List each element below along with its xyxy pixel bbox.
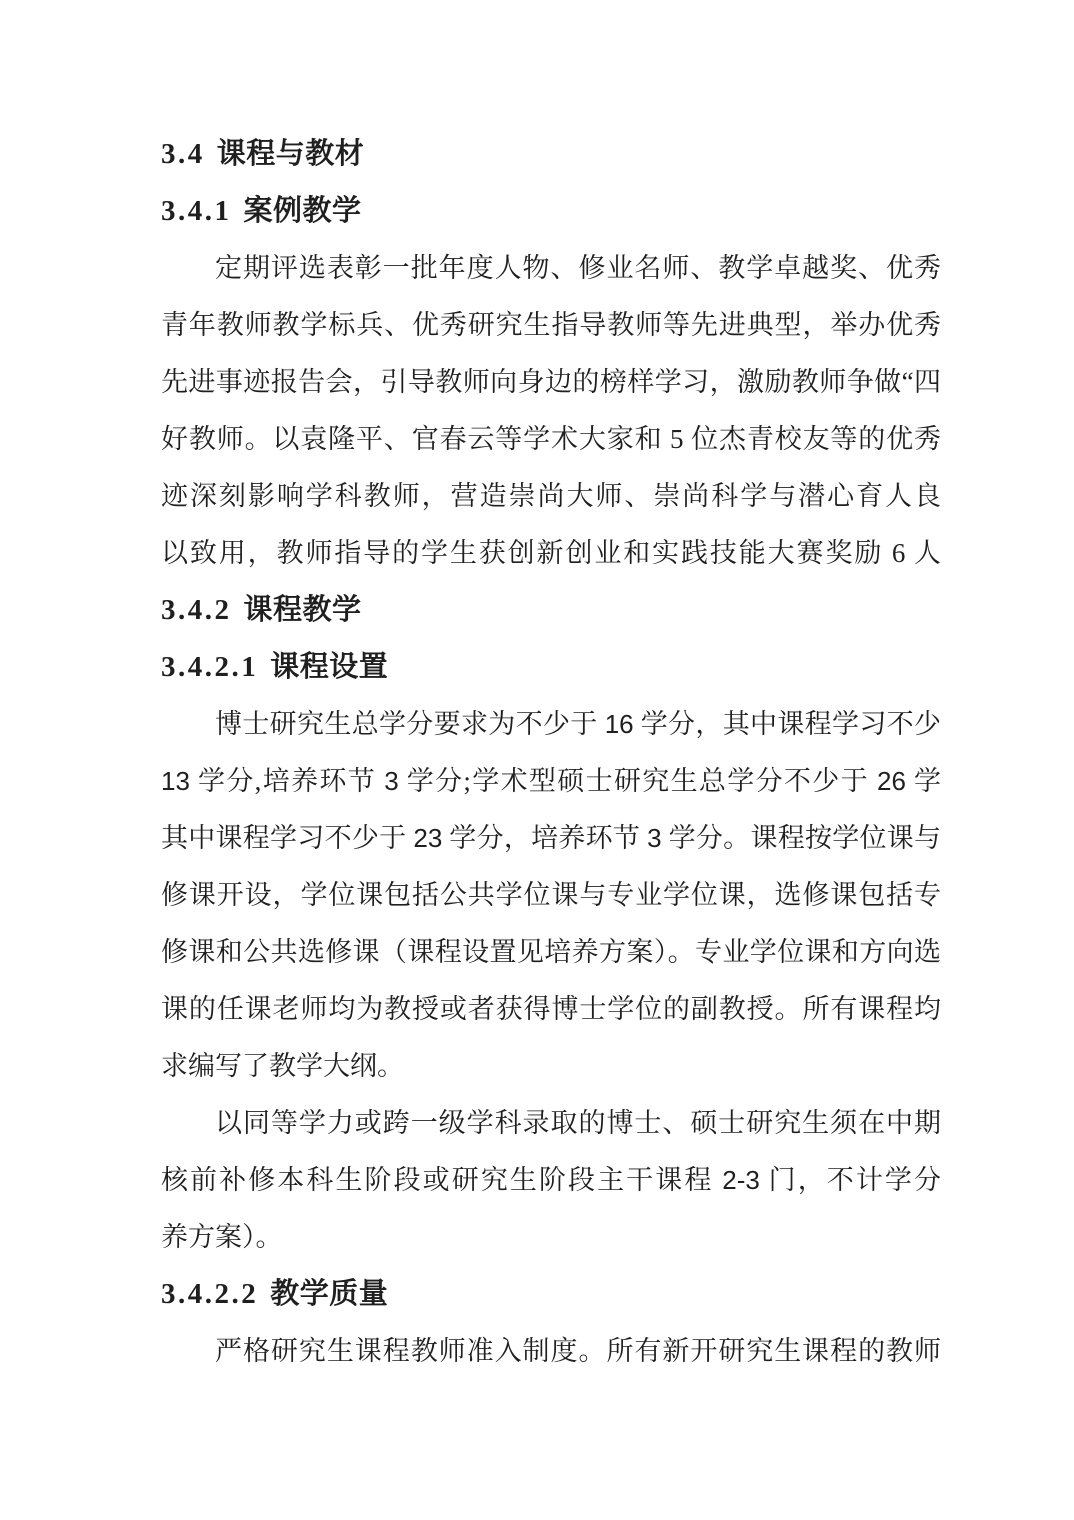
p1-line-2: 青年教师教学标兵、优秀研究生指导教师等先进典型，举办优秀教师: [161, 297, 941, 354]
credit-count: 16: [605, 709, 634, 739]
p1-line-4: 好教师。以袁隆平、官春云等学术大家和 5 位杰青校友等的优秀事: [161, 411, 941, 468]
heading-title: 教学质量: [270, 1278, 388, 1310]
heading-number: 3.4.1: [161, 195, 232, 227]
credit-count: 23: [413, 823, 442, 853]
heading-3-4-2-1: 3.4.2.1课程设置: [161, 639, 941, 696]
heading-title: 课程与教材: [217, 138, 365, 170]
text-run: 养方案）。: [161, 1222, 283, 1252]
p3-line-2: 核前补修本科生阶段或研究生阶段主干课程 2-3 门，不计学分（见培: [161, 1152, 941, 1209]
text-run: 核前补修本科生阶段或研究生阶段主干课程: [161, 1165, 722, 1195]
heading-3-4-2-2: 3.4.2.2教学质量: [161, 1266, 941, 1323]
p2-line-7: 求编写了教学大纲。: [161, 1038, 941, 1095]
text-run: 博士研究生总学分要求为不少于: [215, 709, 605, 739]
text-run: 好教师。以袁隆平、官春云等学术大家和 5 位杰青校友等的优秀事: [161, 424, 941, 468]
credit-count: 13: [161, 766, 190, 796]
p2-line-6: 课的任课老师均为教授或者获得博士学位的副教授。所有课程均按要: [161, 981, 941, 1038]
text-run: 修课和公共选修课（课程设置见培养方案）。专业学位课和方向选修: [161, 937, 941, 981]
p2-line-3: 其中课程学习不少于 23 学分，培养环节 3 学分。课程按学位课与选: [161, 810, 941, 867]
text-run: 迹深刻影响学科教师，营造崇尚大师、崇尚科学与潜心育人良风。学: [161, 481, 941, 525]
text-run: 定期评选表彰一批年度人物、修业名师、教学卓越奖、优秀教师、: [161, 253, 941, 297]
p1-line-5: 迹深刻影响学科教师，营造崇尚大师、崇尚科学与潜心育人良风。学: [161, 468, 941, 525]
credit-count: 3: [647, 823, 661, 853]
p3-line-1: 以同等学力或跨一级学科录取的博士、硕士研究生须在中期考: [161, 1095, 941, 1152]
text-run: 其中课程学习不少于: [161, 823, 413, 853]
p1-line-3: 先进事迹报告会，引导教师向身边的榜样学习，激励教师争做“四有”: [161, 354, 941, 411]
text-run: 学分,培养环节: [190, 766, 384, 796]
text-run: 以致用，教师指导的学生获创新创业和实践技能大赛奖励 6 人次。: [161, 538, 941, 582]
p2-line-2: 13 学分,培养环节 3 学分;学术型硕士研究生总学分不少于 26 学分，: [161, 753, 941, 810]
heading-title: 课程教学: [244, 594, 362, 626]
text-run: 学分;学术型硕士研究生总学分不少于: [399, 766, 877, 796]
text-run: 以同等学力或跨一级学科录取的博士、硕士研究生须在中期考: [161, 1108, 941, 1152]
p4-line-1: 严格研究生课程教师准入制度。所有新开研究生课程的教师均需: [161, 1323, 941, 1380]
p1-line-1: 定期评选表彰一批年度人物、修业名师、教学卓越奖、优秀教师、: [161, 240, 941, 297]
heading-3-4-1: 3.4.1案例教学: [161, 183, 941, 240]
course-count: 2-3: [722, 1165, 760, 1195]
text-run: 先进事迹报告会，引导教师向身边的榜样学习，激励教师争做“四有”: [161, 367, 941, 411]
text-run: 学分，培养环节: [442, 823, 647, 853]
p3-line-3: 养方案）。: [161, 1209, 941, 1266]
heading-number: 3.4: [161, 138, 205, 170]
text-run: 青年教师教学标兵、优秀研究生指导教师等先进典型，举办优秀教师: [161, 310, 941, 354]
heading-3-4: 3.4课程与教材: [161, 126, 941, 183]
heading-number: 3.4.2: [161, 594, 232, 626]
heading-number: 3.4.2.2: [161, 1278, 258, 1310]
heading-number: 3.4.2.1: [161, 651, 258, 683]
document-page: 3.4课程与教材 3.4.1案例教学 定期评选表彰一批年度人物、修业名师、教学卓…: [0, 0, 1074, 1520]
heading-title: 课程设置: [270, 651, 388, 683]
p2-line-1: 博士研究生总学分要求为不少于 16 学分，其中课程学习不少于: [161, 696, 941, 753]
text-run: 严格研究生课程教师准入制度。所有新开研究生课程的教师均需: [161, 1336, 941, 1380]
credit-count: 3: [384, 766, 398, 796]
text-run: 求编写了教学大纲。: [161, 1051, 404, 1081]
p2-line-5: 修课和公共选修课（课程设置见培养方案）。专业学位课和方向选修: [161, 924, 941, 981]
p1-line-6: 以致用，教师指导的学生获创新创业和实践技能大赛奖励 6 人次。: [161, 525, 941, 582]
p2-line-4: 修课开设，学位课包括公共学位课与专业学位课，选修课包括专业选: [161, 867, 941, 924]
text-run: 修课开设，学位课包括公共学位课与专业学位课，选修课包括专业选: [161, 880, 941, 924]
heading-3-4-2: 3.4.2课程教学: [161, 582, 941, 639]
heading-title: 案例教学: [244, 195, 362, 227]
text-run: 课的任课老师均为教授或者获得博士学位的副教授。所有课程均按要: [161, 994, 941, 1038]
credit-count: 26: [877, 766, 906, 796]
